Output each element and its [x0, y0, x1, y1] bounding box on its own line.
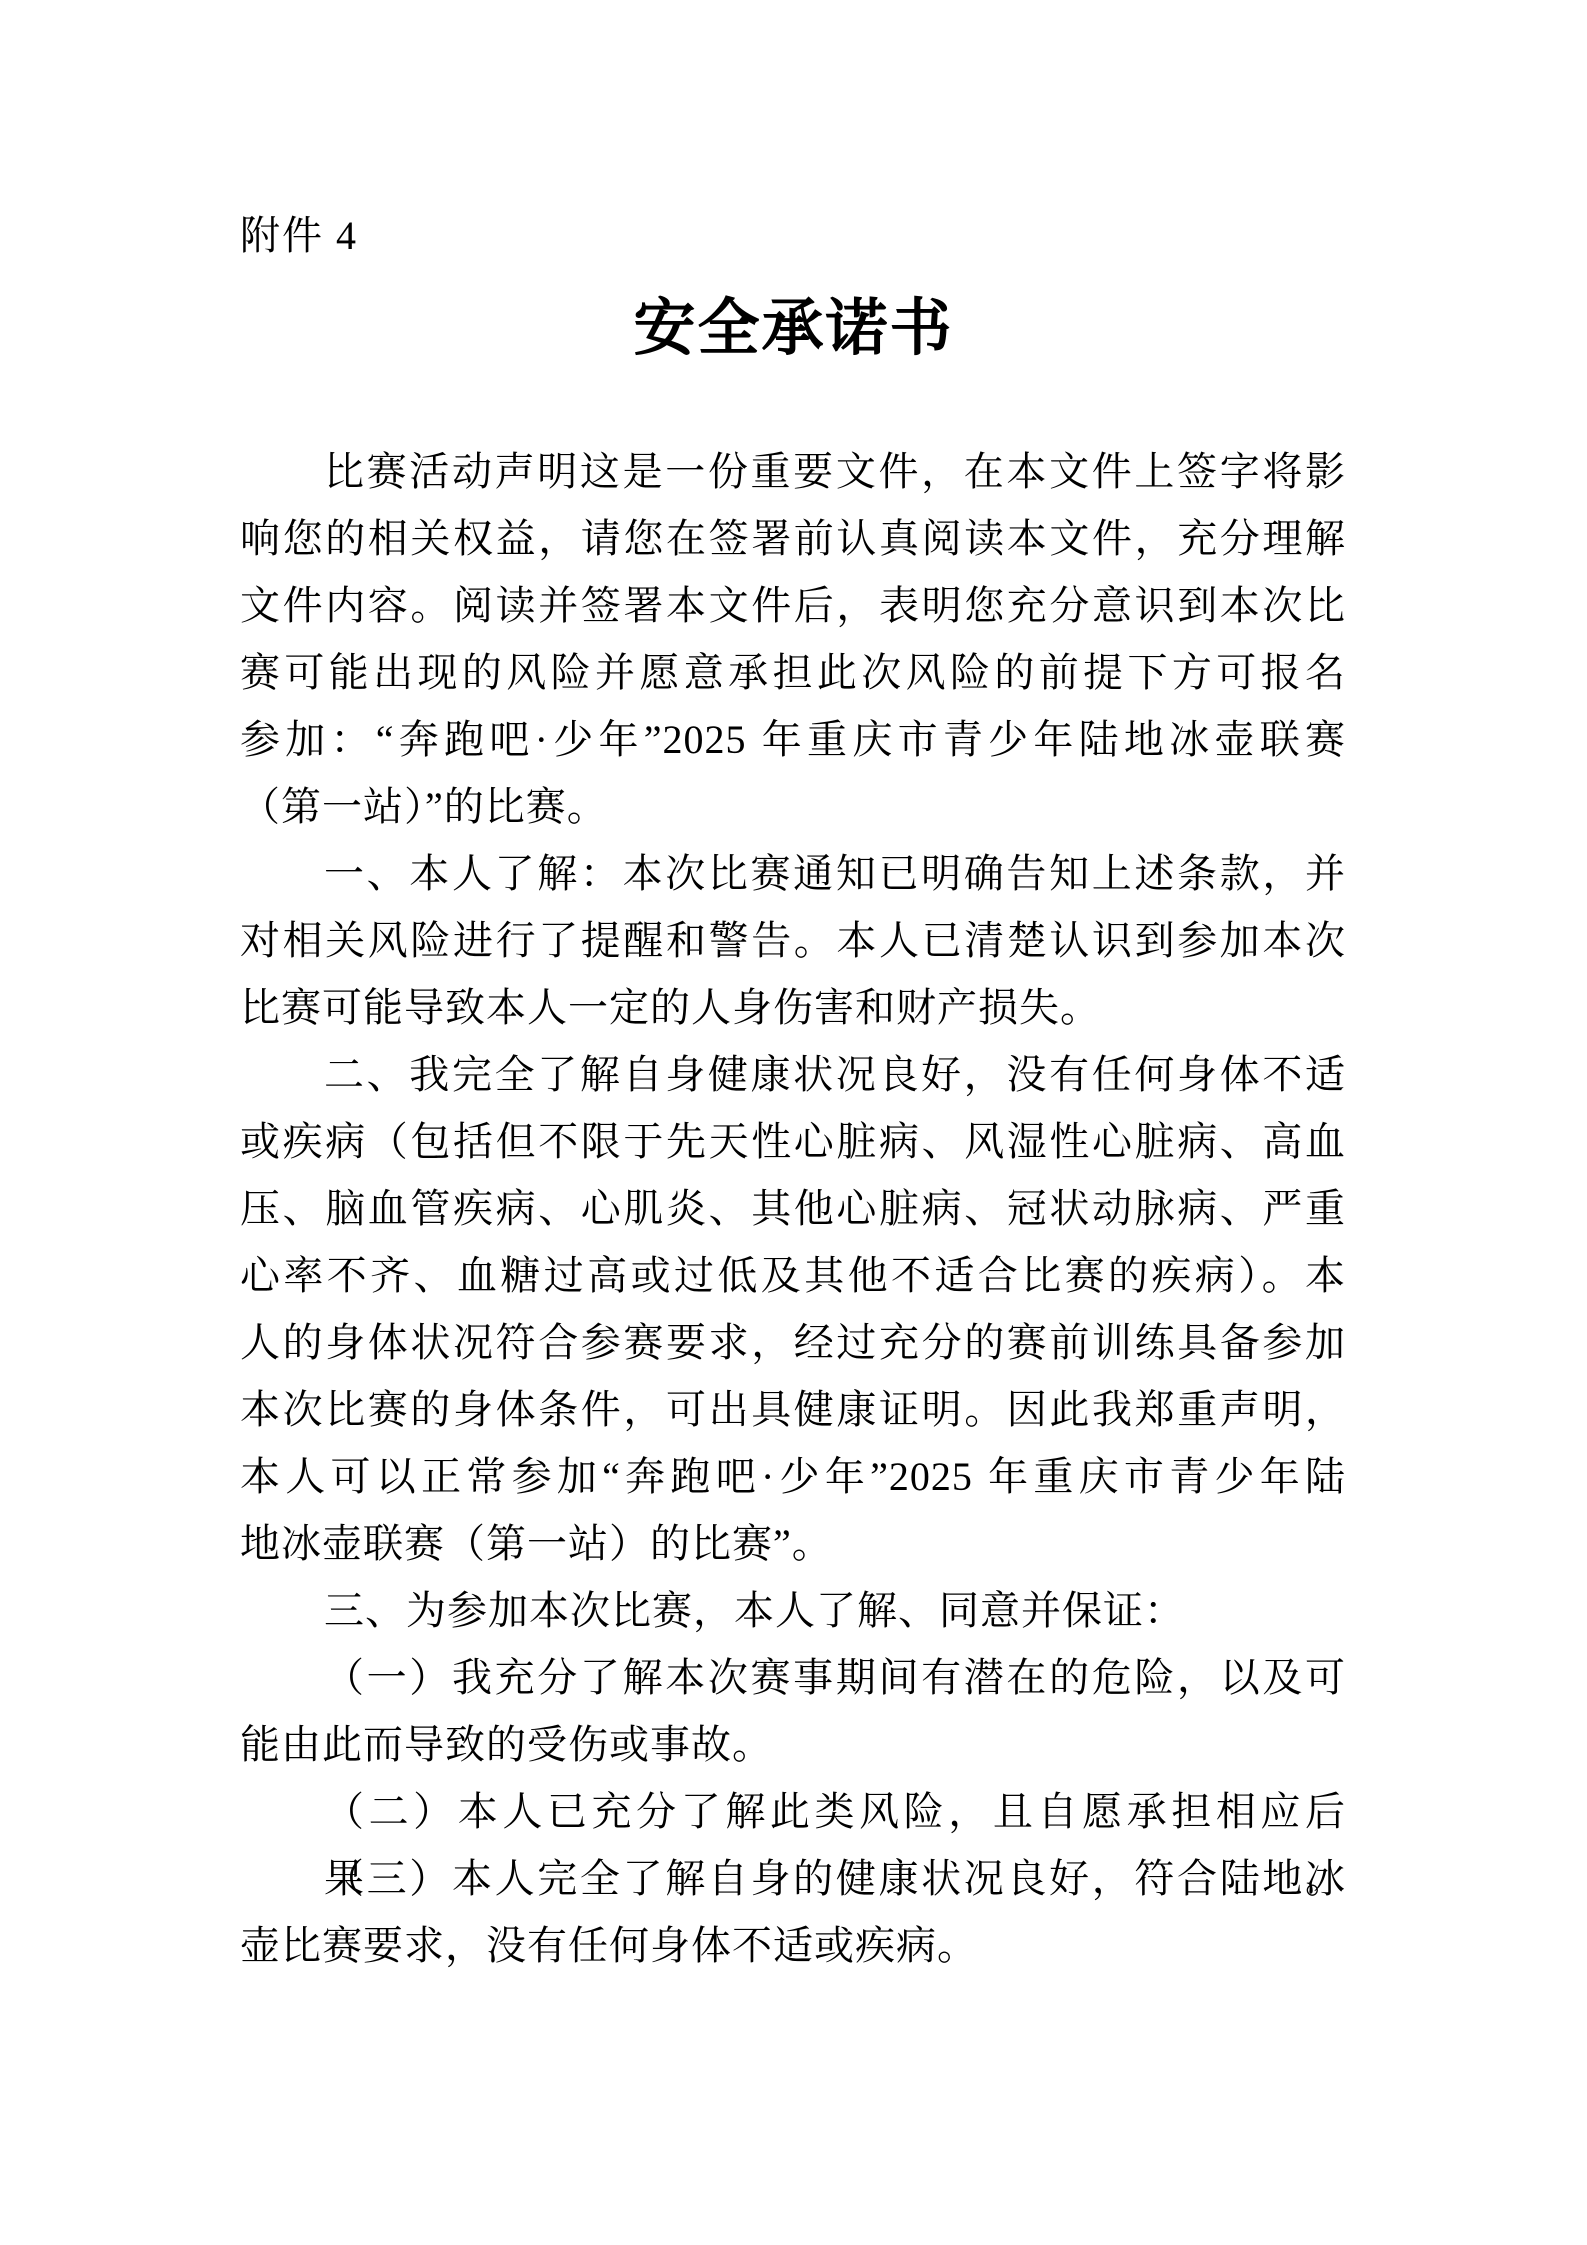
body-line: （一）我充分了解本次赛事期间有潜在的危险，以及可 [240, 1644, 1346, 1711]
body-line: 或疾病（包括但不限于先天性心脏病、风湿性心脏病、高血 [240, 1108, 1346, 1175]
body-line: 壶比赛要求，没有任何身体不适或疾病。 [240, 1912, 1346, 1979]
document-body: 比赛活动声明这是一份重要文件，在本文件上签字将影 响您的相关权益，请您在签署前认… [240, 438, 1346, 1979]
body-line: 本人可以正常参加“奔跑吧·少年”2025 年重庆市青少年陆 [240, 1443, 1346, 1510]
body-line: 赛可能出现的风险并愿意承担此次风险的前提下方可报名 [240, 639, 1346, 706]
body-line: 心率不齐、血糖过高或过低及其他不适合比赛的疾病）。本 [240, 1242, 1346, 1309]
attachment-label: 附件 4 [240, 210, 358, 262]
body-line: 对相关风险进行了提醒和警告。本人已清楚认识到参加本次 [240, 907, 1346, 974]
document-page: 附件 4 安全承诺书 比赛活动声明这是一份重要文件，在本文件上签字将影 响您的相… [0, 0, 1587, 2245]
body-line: 三、为参加本次比赛，本人了解、同意并保证： [240, 1577, 1346, 1644]
body-line: 压、脑血管疾病、心肌炎、其他心脏病、冠状动脉病、严重 [240, 1175, 1346, 1242]
body-line: 人的身体状况符合参赛要求，经过充分的赛前训练具备参加 [240, 1309, 1346, 1376]
body-line: 能由此而导致的受伤或事故。 [240, 1711, 1346, 1778]
body-line: 响您的相关权益，请您在签署前认真阅读本文件，充分理解 [240, 505, 1346, 572]
body-line: （二）本人已充分了解此类风险，且自愿承担相应后果。 [240, 1778, 1346, 1845]
body-line: 地冰壶联赛（第一站）的比赛”。 [240, 1510, 1346, 1577]
body-line: 比赛可能导致本人一定的人身伤害和财产损失。 [240, 974, 1346, 1041]
document-title: 安全承诺书 [0, 286, 1587, 372]
body-line: 参加：“奔跑吧·少年”2025 年重庆市青少年陆地冰壶联赛 [240, 706, 1346, 773]
body-line: （第一站）”的比赛。 [240, 773, 1346, 840]
body-line: 本次比赛的身体条件，可出具健康证明。因此我郑重声明， [240, 1376, 1346, 1443]
body-line: 文件内容。阅读并签署本文件后，表明您充分意识到本次比 [240, 572, 1346, 639]
body-line: 一、本人了解：本次比赛通知已明确告知上述条款，并 [240, 840, 1346, 907]
body-line: 比赛活动声明这是一份重要文件，在本文件上签字将影 [240, 438, 1346, 505]
body-line: （三）本人完全了解自身的健康状况良好，符合陆地冰 [240, 1845, 1346, 1912]
body-line: 二、我完全了解自身健康状况良好，没有任何身体不适 [240, 1041, 1346, 1108]
